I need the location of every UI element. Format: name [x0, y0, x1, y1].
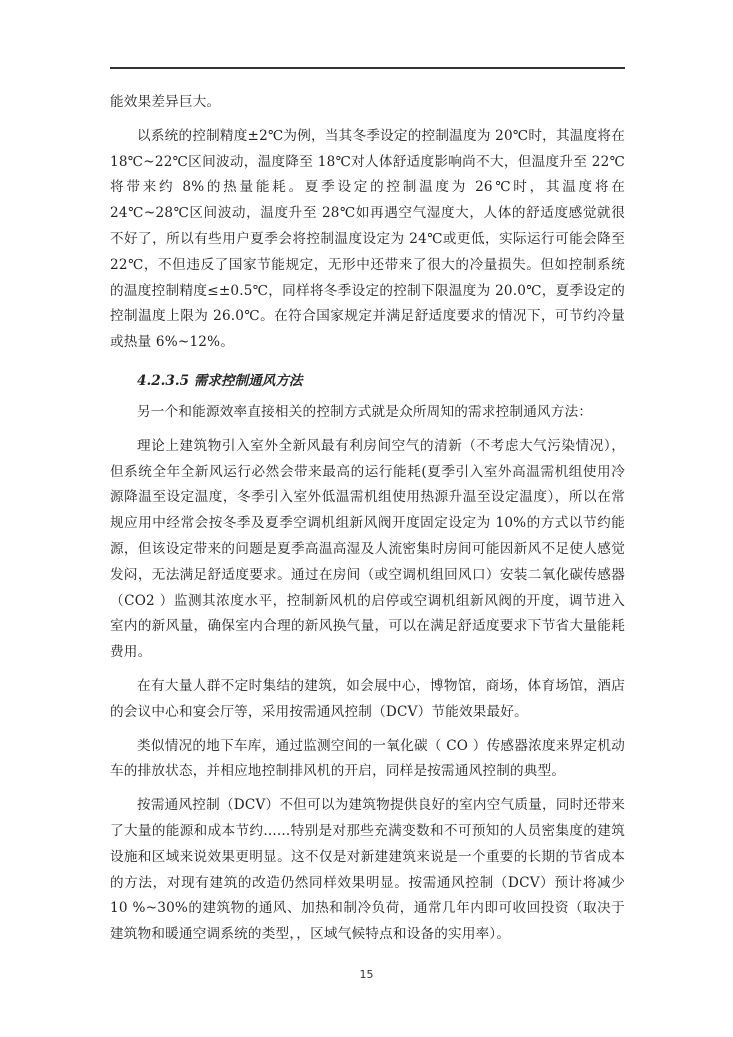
paragraph-continuation: 能效果差异巨大。 — [110, 90, 625, 116]
paragraph-garage-co: 类似情况的地下车库，通过监测空间的一氧化碳（ CO ）传感器浓度来界定机动车的排… — [110, 734, 625, 786]
page-number: 15 — [0, 968, 733, 981]
page-body: 能效果差异巨大。 以系统的控制精度±2℃为例，当其冬季设定的控制温度为 20℃时… — [110, 90, 625, 956]
paragraph-dcv-intro: 另一个和能源效率直接相关的控制方式就是众所周知的需求控制通风方法： — [110, 400, 625, 426]
paragraph-fresh-air: 理论上建筑物引入室外全新风最有利房间空气的清新（不考虑大气污染情况），但系统全年… — [110, 434, 625, 666]
paragraph-crowded-buildings: 在有大量人群不定时集结的建筑，如会展中心，博物馆，商场，体育场馆，酒店的会议中心… — [110, 674, 625, 726]
paragraph-temperature-control: 以系统的控制精度±2℃为例，当其冬季设定的控制温度为 20℃时，其温度将在 18… — [110, 124, 625, 356]
section-heading: 4.2.3.5 需求控制通风方法 — [110, 368, 625, 394]
paragraph-dcv-benefits: 按需通风控制（DCV）不但可以为建筑物提供良好的室内空气质量，同时还带来了大量的… — [110, 793, 625, 948]
header-rule — [110, 67, 625, 69]
